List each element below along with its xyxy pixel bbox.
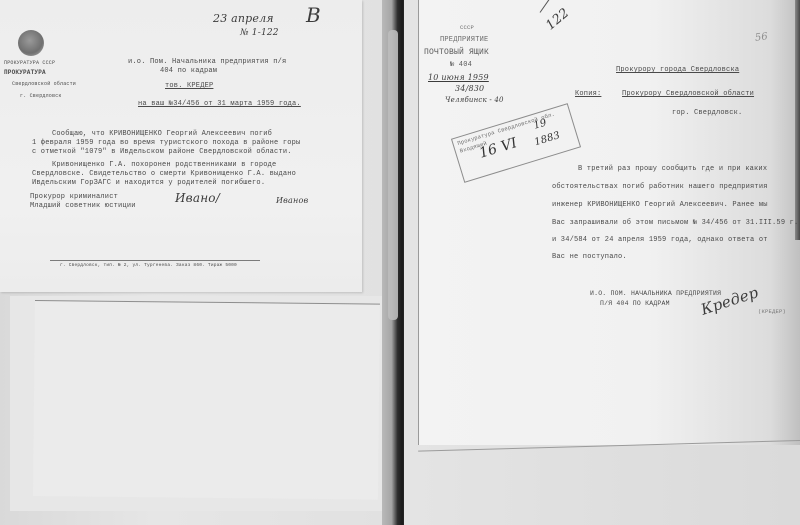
- sender-block-line: ПОЧТОВЫЙ ЯЩИК: [424, 48, 489, 57]
- body-line: обстоятельствах погиб работник нашего пр…: [552, 183, 768, 191]
- body-line: Кривонищенко Г.А. похоронен родственника…: [52, 161, 276, 169]
- body-line: с отметкой "1079" в Ивдельском районе Св…: [32, 148, 292, 156]
- scanned-archive-spread: ПРОКУРАТУРА СССР ПРОКУРАТУРА Свердловско…: [0, 0, 800, 525]
- body-line: 1 февраля 1959 года во время туристского…: [32, 139, 300, 147]
- sender-block-line: № 404: [450, 61, 472, 69]
- letterhead-line: ПРОКУРАТУРА СССР: [4, 60, 55, 66]
- recipient-line: Прокурору города Свердловска: [616, 66, 739, 74]
- body-line: инженер КРИВОНИЩЕНКО Георгий Алексеевич.…: [552, 201, 768, 209]
- handwritten-date: 23 апреля: [213, 12, 274, 25]
- sender-number: 34/830: [455, 84, 484, 93]
- signatory-line: П/Я 404 ПО КАДРАМ: [600, 300, 670, 307]
- handwritten-signature: Ивано/: [175, 191, 220, 205]
- stamp-year: 19: [532, 117, 548, 131]
- addressee-line: 404 по кадрам: [160, 67, 217, 75]
- signatory-line: Младший советник юстиции: [30, 202, 136, 210]
- state-emblem-icon: [18, 30, 44, 56]
- left-document-page: ПРОКУРАТУРА СССР ПРОКУРАТУРА Свердловско…: [0, 0, 362, 292]
- printer-footer: г. Свердловск, тип. № 2, ул. Тургенева. …: [60, 263, 237, 268]
- reference-line: на ваш №34/456 от 31 марта 1959 года.: [138, 100, 301, 108]
- recipient-city: гор. Свердловск.: [672, 109, 742, 117]
- body-line: В третий раз прошу сообщить где и при ка…: [578, 165, 767, 173]
- handwritten-initials: В: [306, 3, 321, 27]
- letterhead-line: ПРОКУРАТУРА: [4, 69, 46, 76]
- addressee-name: тов. КРЕДЕР: [165, 82, 213, 90]
- footer-rule: [50, 260, 260, 261]
- letterhead-line: г. Свердловск: [20, 93, 62, 99]
- addressee-line: и.о. Пом. Начальника предприятия п/я: [128, 58, 286, 66]
- body-line: Сообщаю, что КРИВОНИЩЕНКО Георгий Алексе…: [52, 130, 272, 138]
- body-line: и 34/584 от 24 апреля 1959 года, однако …: [552, 236, 768, 244]
- sender-city: Челябинск - 40: [445, 96, 504, 104]
- letterhead-line: Свердловской области: [12, 81, 76, 87]
- body-line: Вас запрашивали об этом письмом № 34/456…: [552, 219, 798, 227]
- typed-signature: (КРЕДЕР): [758, 308, 786, 315]
- copy-label: Копия:: [575, 90, 601, 98]
- signatory-line: И.О. ПОМ. НАЧАЛЬНИКА ПРЕДПРИЯТИЯ: [590, 290, 721, 297]
- sender-block-line: ПРЕДПРИЯТИЕ: [440, 36, 488, 44]
- binding-tape: [388, 30, 398, 320]
- typed-signature: Иванов: [276, 196, 308, 205]
- left-underlying-sheet-edge: [33, 300, 380, 500]
- stamp-number: 1883: [533, 130, 561, 148]
- sender-date: 10 июня 1959: [428, 73, 489, 82]
- body-line: Вас не поступало.: [552, 253, 627, 261]
- corner-mark: 56: [754, 31, 768, 44]
- page-shadow-edge: [795, 0, 800, 240]
- signatory-line: Прокурор криминалист: [30, 193, 118, 201]
- body-line: Свердловске. Свидетельство о смерти Крив…: [32, 170, 296, 178]
- sender-block-line: СССР: [460, 24, 474, 31]
- body-line: Ивдельским ГорЗАГС и находится у родител…: [32, 179, 265, 187]
- recipient-line: Прокурору Свердловской области: [622, 90, 754, 98]
- outgoing-number: № 1-122: [240, 28, 279, 38]
